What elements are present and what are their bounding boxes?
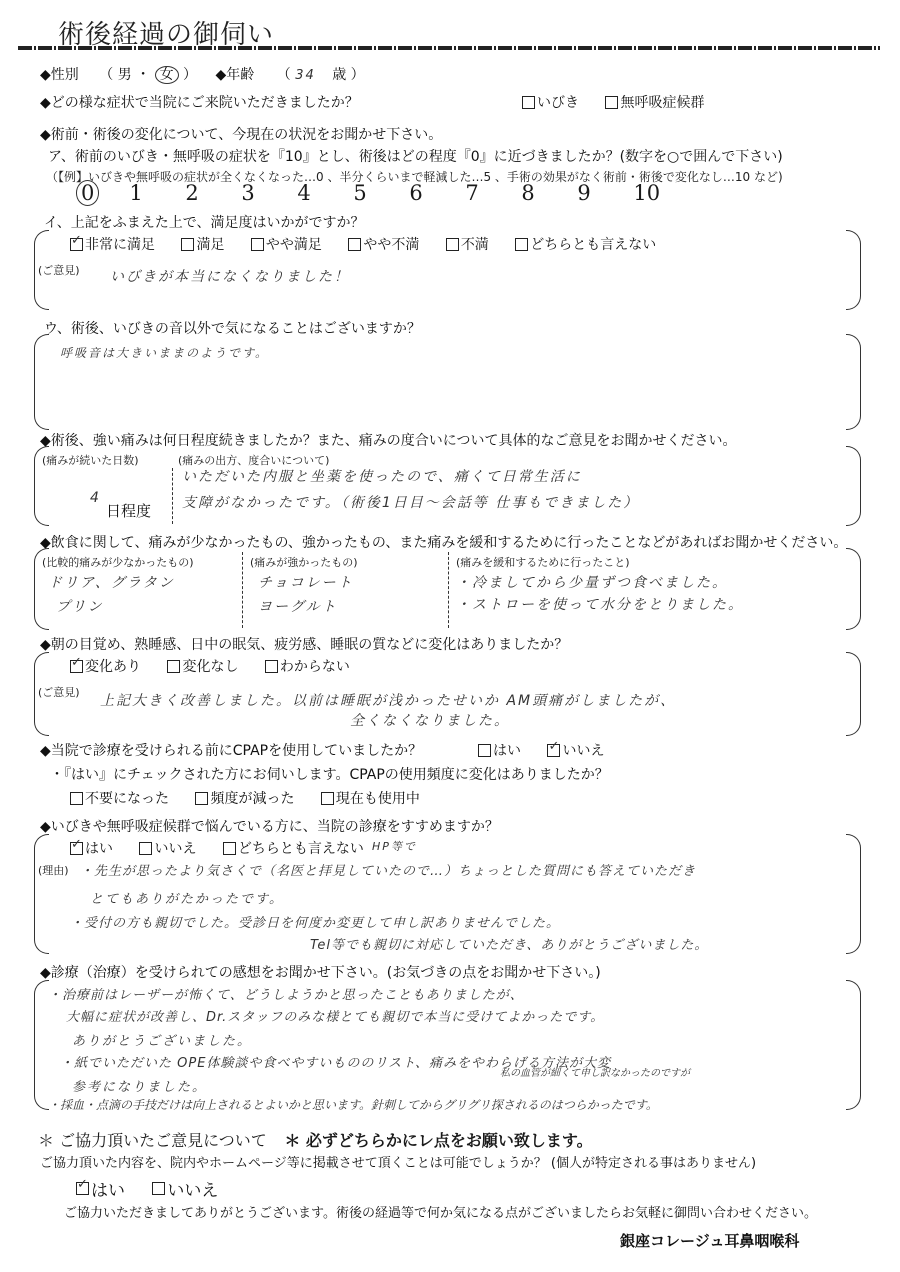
food-col1-label: (比較的痛みが少なかったもの) xyxy=(42,554,194,570)
checkbox-cpap-no[interactable]: いいえ xyxy=(547,740,604,760)
checkbox-recommend-no[interactable]: いいえ xyxy=(139,838,196,858)
severity-scale: 012345678910 xyxy=(76,180,689,206)
pain-detail-line1[interactable]: いただいた内服と坐薬を使ったので、痛くて日常生活に xyxy=(182,466,582,486)
scale-6[interactable]: 6 xyxy=(409,181,465,205)
recommend-reason-line2[interactable]: とてもありがたかったです。 xyxy=(90,888,284,907)
consent-notice: ＊ ご協力頂いたご意見について ＊ 必ずどちらかにレ点をお願い致します。 xyxy=(38,1128,593,1151)
recommend-options: はい いいえ どちらとも言えない xyxy=(70,838,386,859)
consent-notice-right: ＊ 必ずどちらかにレ点をお願い致します。 xyxy=(284,1131,592,1150)
gender-label: ◆性別 xyxy=(40,67,79,83)
bracket-left xyxy=(34,834,49,954)
column-divider xyxy=(172,468,173,524)
checkbox-icon xyxy=(522,96,535,109)
impression-question: ◆診療（治療）を受けられての感想をお聞かせ下さい。(お気づきの点をお聞かせ下さい… xyxy=(40,962,601,982)
checkbox-icon xyxy=(265,660,278,673)
sleep-question: ◆朝の目覚め、熟睡感、日中の眠気、疲労感、睡眠の質などに変化はありましたか？ xyxy=(40,634,568,654)
sleep-options: 変化あり 変化なし わからない xyxy=(70,656,372,677)
checkbox-icon xyxy=(195,792,208,805)
recommend-note-hp[interactable]: HP等で xyxy=(372,838,417,854)
checkbox-unknown[interactable]: わからない xyxy=(265,656,350,676)
age-label: ◆年齢 xyxy=(216,67,255,83)
scale-4[interactable]: 4 xyxy=(297,181,353,205)
opinion-label: (ご意見) xyxy=(38,262,80,278)
checkbox-cpap-yes[interactable]: はい xyxy=(478,740,521,760)
bracket-right xyxy=(846,980,861,1110)
gender-row: ◆性別 （ 男 ・ 女 ） ◆年齢 （ 34 歳 ） xyxy=(40,64,365,84)
scale-7[interactable]: 7 xyxy=(465,181,521,205)
bracket-right xyxy=(846,334,861,430)
bracket-right xyxy=(846,548,861,630)
cpap-followup-options: 不要になった 頻度が減った 現在も使用中 xyxy=(70,788,442,809)
checkbox-checked-icon xyxy=(547,744,560,757)
cpap-followup: ・『はい』にチェックされた方にお伺いします。CPAPの使用頻度に変化はありました… xyxy=(50,764,609,784)
checkbox-dissatisfied[interactable]: 不満 xyxy=(446,234,489,254)
pain-days-label: (痛みが続いた日数) xyxy=(42,452,139,468)
age-unit: 歳 xyxy=(332,67,346,83)
scale-2[interactable]: 2 xyxy=(185,181,241,205)
checkbox-checked-icon xyxy=(70,842,83,855)
clinic-name: 銀座コレージュ耳鼻咽喉科 xyxy=(620,1230,799,1251)
checkbox-checked-icon xyxy=(70,660,83,673)
column-divider xyxy=(448,552,449,628)
checkbox-consent-yes[interactable]: はい xyxy=(76,1176,125,1201)
pain-detail-line2[interactable]: 支障がなかったです。（術後1日目〜会話等 仕事もできました） xyxy=(182,492,639,512)
scale-1[interactable]: 1 xyxy=(129,181,185,205)
checkbox-somewhat-satisfied[interactable]: やや満足 xyxy=(251,234,322,254)
symptom-question: ◆どの様な症状で当院にご来院いただきましたか？ xyxy=(40,92,359,112)
food-col3-line2[interactable]: ・ストローを使って水分をとりました。 xyxy=(456,594,744,614)
food-col2-label: (痛みが強かったもの) xyxy=(250,554,358,570)
checkbox-icon xyxy=(321,792,334,805)
checkbox-icon xyxy=(139,842,152,855)
impression-line6[interactable]: ・採血・点滴の手技だけは向上されるとよいかと思います。針刺してからグリグリ探され… xyxy=(48,1096,658,1113)
reason-label: (理由) xyxy=(38,862,69,878)
recommend-question: ◆いびきや無呼吸症候群で悩んでいる方に、当院の診療をすすめますか？ xyxy=(40,816,499,836)
checkbox-icon xyxy=(446,238,459,251)
checkbox-icon xyxy=(515,238,528,251)
scale-5[interactable]: 5 xyxy=(353,181,409,205)
checkbox-icon xyxy=(167,660,180,673)
food-col3-line1[interactable]: ・冷ましてから少量ずつ食べました。 xyxy=(456,572,728,592)
bracket-right xyxy=(846,652,861,736)
recommend-reason-line1[interactable]: ・先生が思ったより気さくで（名医と拝見していたので…）ちょっとした質問にも答えて… xyxy=(80,860,696,879)
checkbox-icon xyxy=(152,1182,165,1195)
sleep-opinion-line1[interactable]: 上記大きく改善しました。以前は睡眠が浅かったせいか AM頭痛がしましたが、 xyxy=(100,690,676,710)
checkbox-very-satisfied[interactable]: 非常に満足 xyxy=(70,234,155,254)
checkbox-still-using[interactable]: 現在も使用中 xyxy=(321,788,420,808)
checkbox-apnea[interactable]: 無呼吸症候群 xyxy=(605,92,704,112)
thanks-message: ご協力いただきましてありがとうございます。術後の経過等で何か気になる点がございま… xyxy=(64,1202,817,1221)
checkbox-neutral[interactable]: どちらとも言えない xyxy=(515,234,656,254)
checkbox-recommend-neutral[interactable]: どちらとも言えない xyxy=(223,838,364,858)
consent-options: はい いいえ xyxy=(76,1176,240,1201)
consent-notice-left: ＊ ご協力頂いたご意見について xyxy=(38,1131,267,1150)
column-divider xyxy=(242,552,243,628)
pain-days-unit: 日程度 xyxy=(106,500,151,521)
checkbox-no-longer-needed[interactable]: 不要になった xyxy=(70,788,169,808)
bracket-left xyxy=(34,334,49,430)
change-heading: ◆術前・術後の変化について、今現在の状況をお聞かせ下さい。 xyxy=(40,124,442,144)
bracket-right xyxy=(846,834,861,954)
impression-line3[interactable]: ありがとうございました。 xyxy=(72,1030,252,1049)
bracket-left xyxy=(34,980,49,1110)
impression-line5[interactable]: 参考になりました。 xyxy=(72,1076,207,1095)
pain-days-value[interactable]: 4 xyxy=(90,490,101,506)
pain-question: ◆術後、強い痛みは何日程度続きましたか？また、痛みの度合いについて具体的なご意見… xyxy=(40,430,736,450)
checkbox-icon xyxy=(605,96,618,109)
other-concern-question: ウ、術後、いびきの音以外で気になることはございますか？ xyxy=(44,318,421,338)
satisfaction-opinion[interactable]: いびきが本当になくなりました！ xyxy=(110,266,350,286)
checkbox-icon xyxy=(348,238,361,251)
satisfaction-options: 非常に満足 満足 やや満足 やや不満 不満 どちらとも言えない xyxy=(70,234,678,255)
impression-line1[interactable]: ・治療前はレーザーが怖くて、どうしようかと思ったこともありましたが、 xyxy=(48,984,524,1003)
other-concern-answer[interactable]: 呼吸音は大きいままのようです。 xyxy=(60,344,269,361)
checkbox-icon xyxy=(70,792,83,805)
checkbox-icon xyxy=(223,842,236,855)
checkbox-reduced-frequency[interactable]: 頻度が減った xyxy=(195,788,294,808)
checkbox-somewhat-dissatisfied[interactable]: やや不満 xyxy=(348,234,419,254)
food-question: ◆飲食に関して、痛みが少なかったもの、強かったもの、また痛みを緩和するために行っ… xyxy=(40,532,847,552)
satisfaction-question: イ、上記をふまえた上で、満足度はいかがですか？ xyxy=(44,212,364,232)
age-value[interactable]: 34 xyxy=(295,68,316,83)
checkbox-no-change[interactable]: 変化なし xyxy=(167,656,238,676)
consent-question: ご協力頂いた内容を、院内やホームページ等に掲載させて頂くことは可能でしょうか？ … xyxy=(40,1152,756,1171)
food-col3-label: (痛みを緩和するために行ったこと) xyxy=(456,554,630,570)
impression-note-small[interactable]: 私の血管が細くて申し訳なかったのですが xyxy=(500,1064,690,1079)
checkbox-changed[interactable]: 変化あり xyxy=(70,656,141,676)
symptom-options: いびき 無呼吸症候群 xyxy=(522,92,726,113)
sleep-opinion-label: (ご意見) xyxy=(38,684,80,700)
checkbox-satisfied[interactable]: 満足 xyxy=(181,234,224,254)
bracket-right xyxy=(846,446,861,526)
impression-line2[interactable]: 大幅に症状が改善し、Dr.スタッフのみな様とても親切で本当に受けてよかったです。 xyxy=(66,1006,604,1025)
checkbox-checked-icon xyxy=(70,238,83,251)
scale-8[interactable]: 8 xyxy=(521,181,577,205)
checkbox-consent-no[interactable]: いいえ xyxy=(152,1176,218,1201)
scale-0-selected[interactable]: 0 xyxy=(76,180,99,206)
food-col2-line2[interactable]: ヨーグルト xyxy=(258,596,338,616)
checkbox-icon xyxy=(181,238,194,251)
food-col2-line1[interactable]: チョコレート xyxy=(258,572,354,592)
checkbox-recommend-yes[interactable]: はい xyxy=(70,838,113,858)
sleep-opinion-line2[interactable]: 全くなくなりました。 xyxy=(350,710,510,730)
bracket-right xyxy=(846,230,861,310)
gender-option-female-selected[interactable]: 女 xyxy=(155,66,179,84)
checkbox-checked-icon xyxy=(76,1182,89,1195)
scale-10[interactable]: 10 xyxy=(633,181,689,205)
scale-3[interactable]: 3 xyxy=(241,181,297,205)
change-a-question: ア、術前のいびき・無呼吸の症状を『10』とし、術後はどの程度『0』に近づきました… xyxy=(48,146,783,166)
recommend-reason-line4[interactable]: Tel等でも親切に対応していただき、ありがとうございました。 xyxy=(310,934,708,953)
title-divider xyxy=(18,46,880,50)
recommend-reason-line3[interactable]: ・受付の方も親切でした。受診日を何度か変更して申し訳ありませんでした。 xyxy=(70,912,560,931)
checkbox-snoring[interactable]: いびき xyxy=(522,92,579,112)
scale-9[interactable]: 9 xyxy=(577,181,633,205)
food-col1-line2[interactable]: プリン xyxy=(56,596,103,616)
cpap-question: ◆当院で診療を受けられる前にCPAPを使用していましたか？ xyxy=(40,740,422,760)
cpap-options: はい いいえ xyxy=(478,740,626,761)
gender-option-male[interactable]: 男 xyxy=(118,67,132,83)
checkbox-icon xyxy=(478,744,491,757)
food-col1-line1[interactable]: ドリア、グラタン xyxy=(48,572,175,592)
checkbox-icon xyxy=(251,238,264,251)
